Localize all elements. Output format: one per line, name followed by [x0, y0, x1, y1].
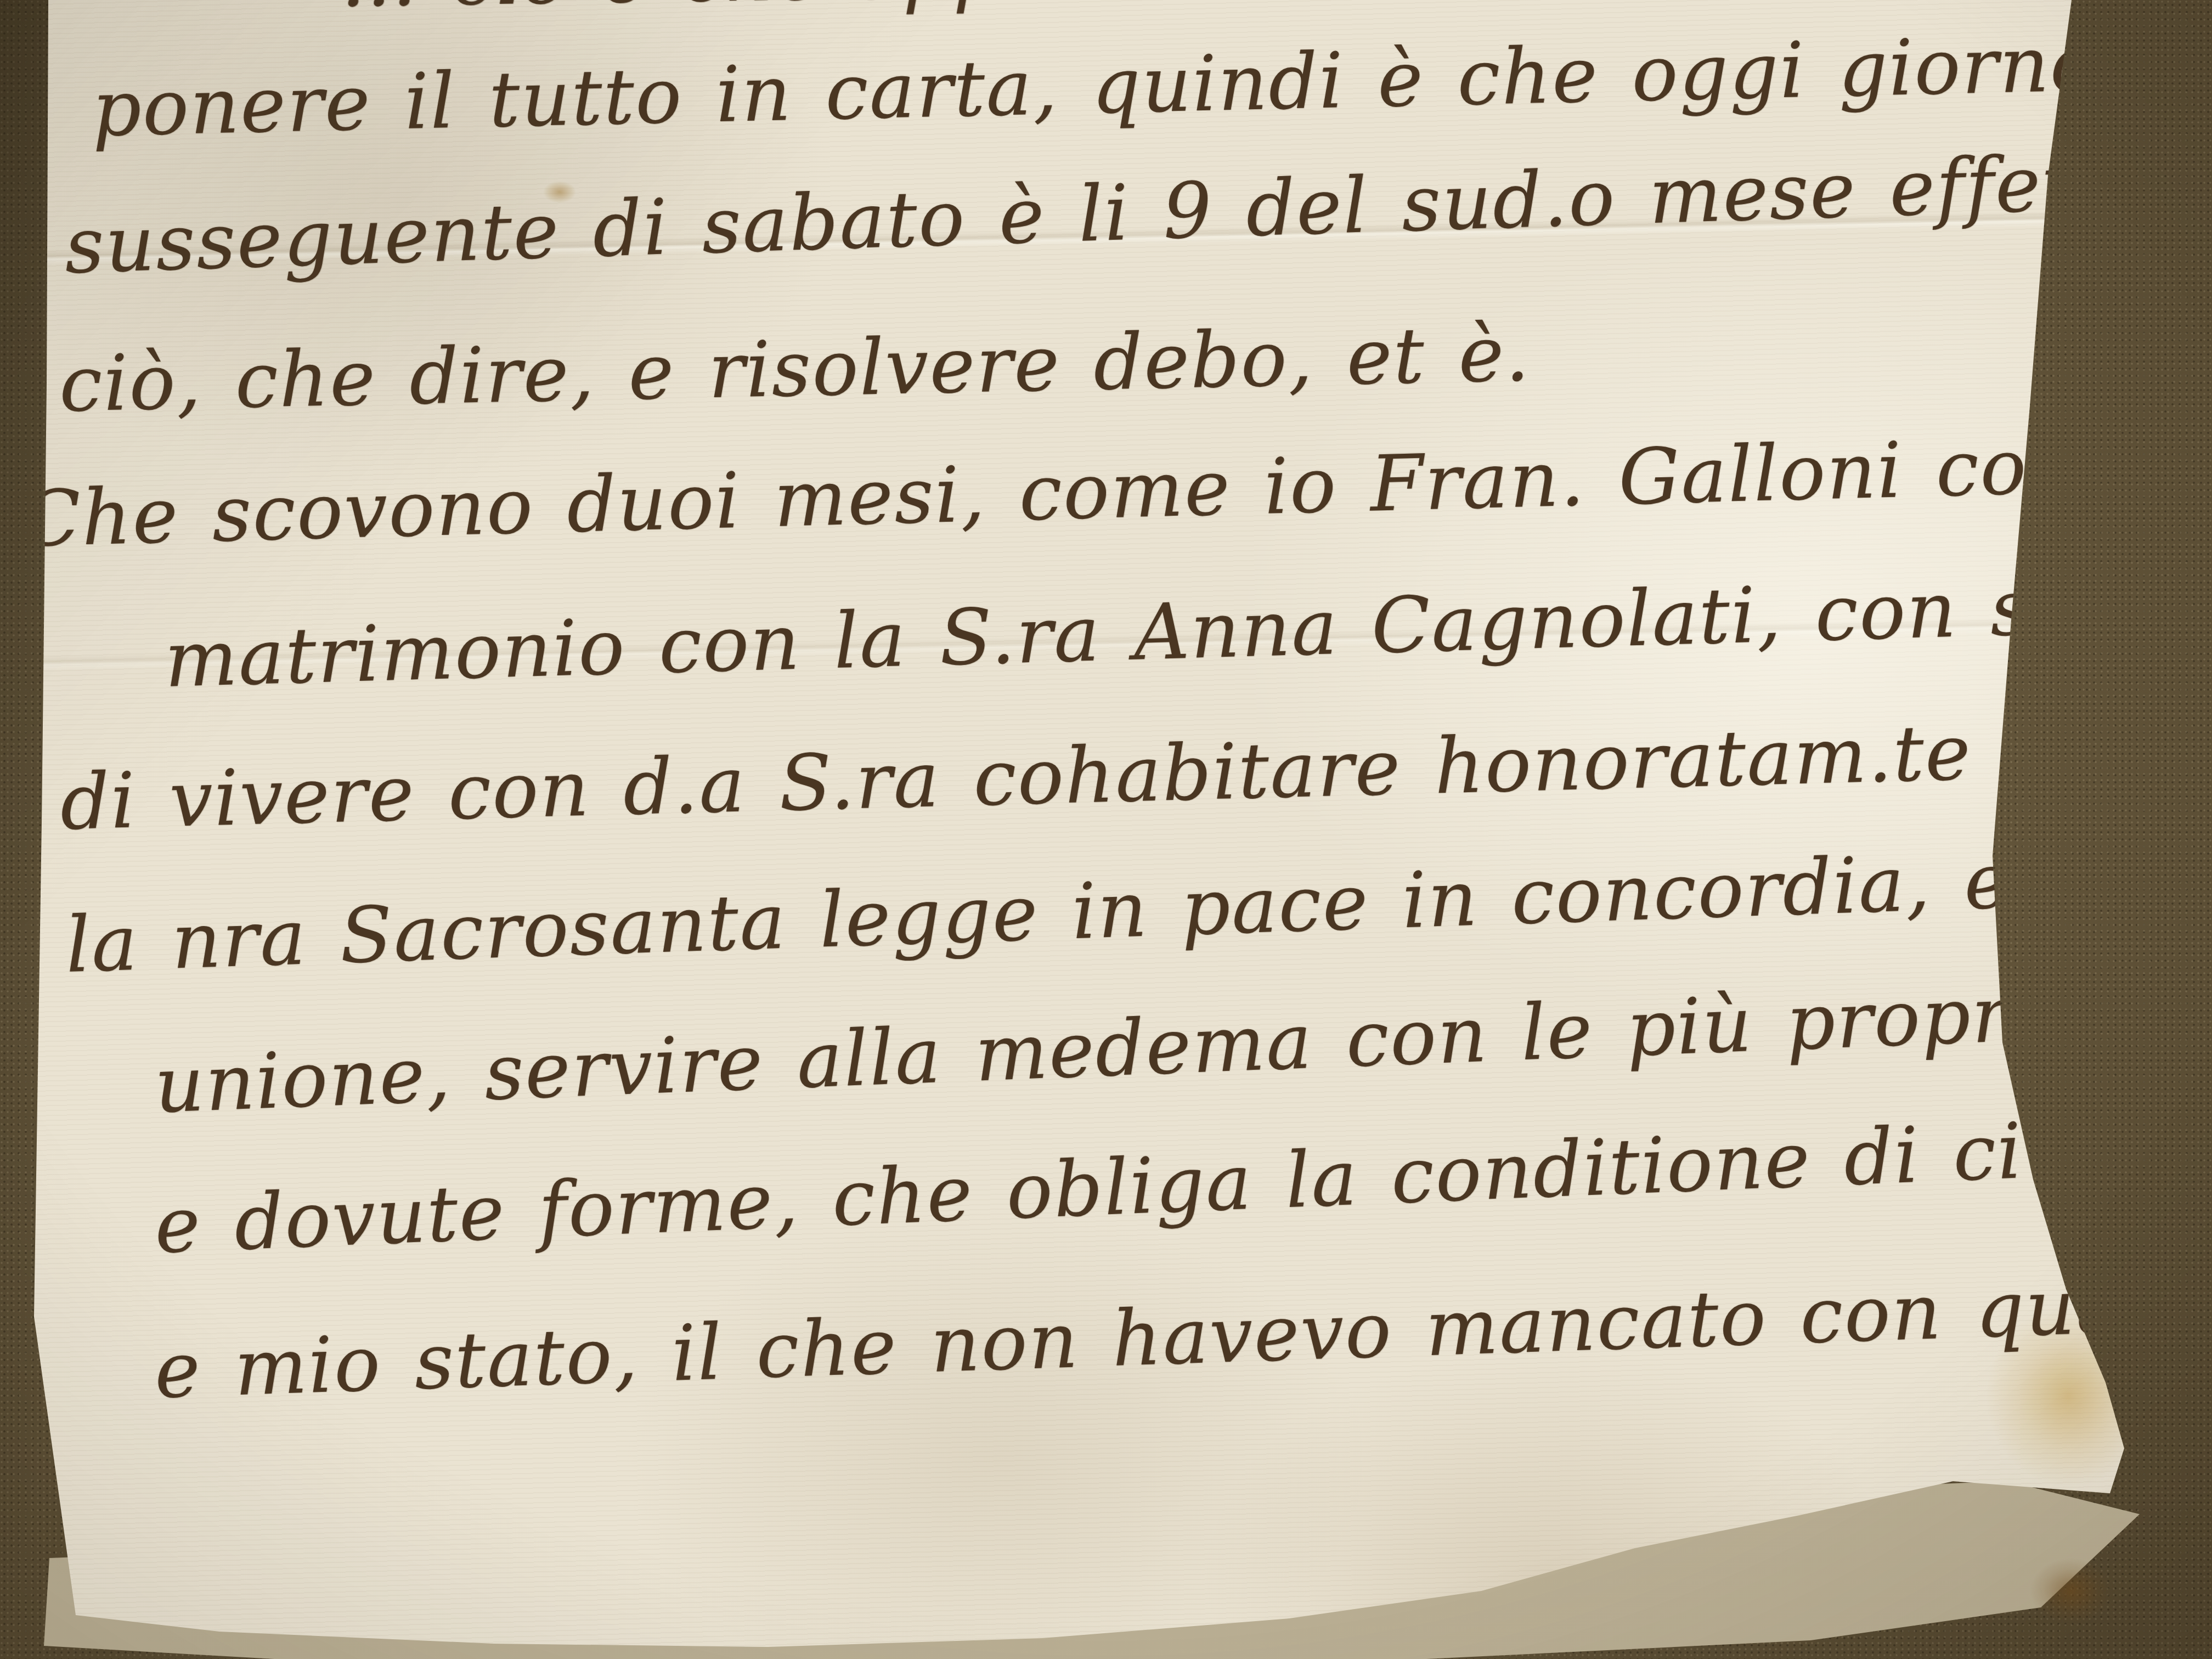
handwritten-line-4: ciò, che dire, e risolvere debo, et è.: [58, 309, 1531, 430]
handwritten-line-7: di vivere con d.a S.ra cohabitare honora…: [59, 699, 2212, 848]
handwritten-line-2: ponere il tutto in carta, quindi è che o…: [91, 19, 2098, 154]
handwritten-line-3: susseguente di sabato è li 9 del sud.o m…: [63, 132, 2212, 291]
handwritten-line-8: la nra Sacrosanta legge in pace in conco…: [64, 836, 2044, 990]
handwritten-line-1: … ciò è che applicare mi dovessi, e: [340, 0, 1797, 25]
handwritten-line-5: Che scovono duoi mesi, come io Fran. Gal…: [21, 415, 2212, 565]
handwritten-line-6: matrimonio con la S.ra Anna Cagnolati, c…: [163, 555, 2212, 705]
handwritten-line-10: e dovute forme, che obliga la conditione…: [153, 1100, 2199, 1271]
manuscript-photo: … ciò è che applicare mi dovessi, e pone…: [0, 0, 2212, 1659]
manuscript-page: … ciò è che applicare mi dovessi, e pone…: [0, 0, 2212, 1659]
brown-spot-bottom-right: [2030, 1558, 2112, 1624]
handwritten-line-11: e mio stato, il che non havevo mancato c…: [153, 1260, 2177, 1416]
handwritten-line-9: unione, servire alla medema con le più p…: [153, 966, 2109, 1131]
